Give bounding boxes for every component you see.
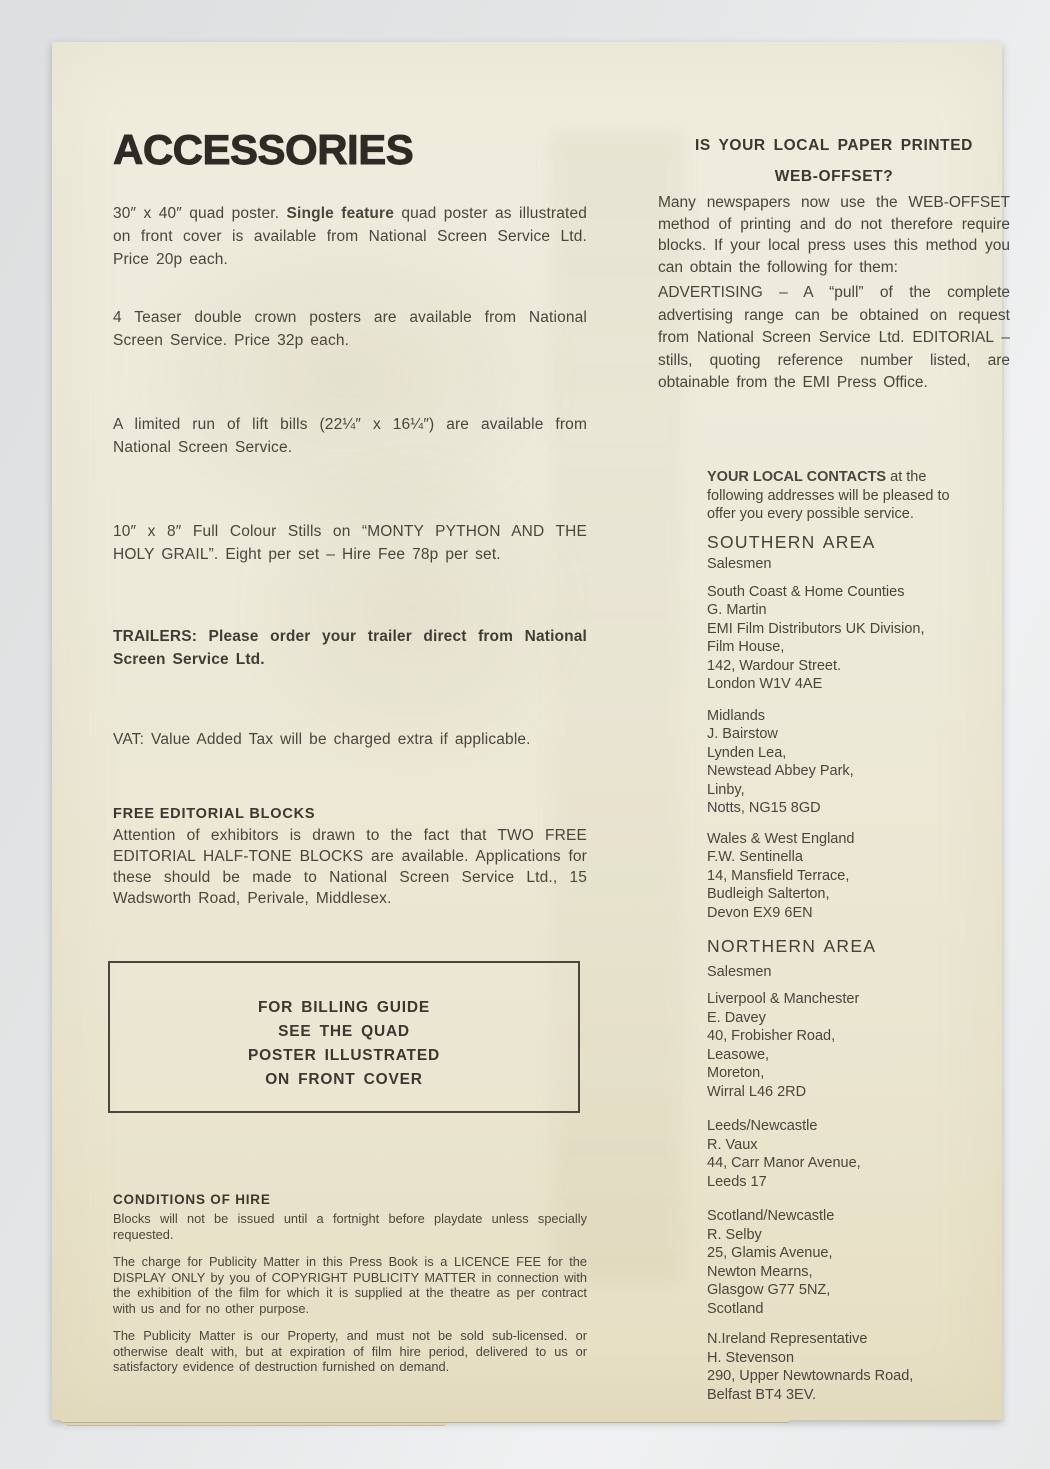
web-offset-heading-line1: IS YOUR LOCAL PAPER PRINTED xyxy=(658,130,1010,161)
contact-line: Notts, NG15 8GD xyxy=(707,799,969,818)
colour-stills-paragraph: 10″ x 8″ Full Colour Stills on “MONTY PY… xyxy=(113,520,587,566)
quad-poster-text-bold: Single feature xyxy=(287,205,394,222)
contact-line: Newstead Abbey Park, xyxy=(707,762,969,781)
contact-line: Midlands xyxy=(707,707,969,726)
teaser-posters-paragraph: 4 Teaser double crown posters are availa… xyxy=(113,306,587,352)
contact-leeds-newcastle: Leeds/Newcastle R. Vaux 44, Carr Manor A… xyxy=(707,1117,969,1191)
web-offset-paragraph-1: Many newspapers now use the WEB-OFFSET m… xyxy=(658,192,1010,278)
contact-line: London W1V 4AE xyxy=(707,675,969,694)
contact-line: Wirral L46 2RD xyxy=(707,1083,969,1102)
web-offset-heading-line2: WEB-OFFSET? xyxy=(658,161,1010,192)
quad-poster-paragraph: 30″ x 40″ quad poster. Single feature qu… xyxy=(113,202,587,271)
vat-paragraph: VAT: Value Added Tax will be charged ext… xyxy=(113,728,587,751)
contact-line: G. Martin xyxy=(707,601,969,620)
free-editorial-blocks-body: Attention of exhibitors is drawn to the … xyxy=(113,825,587,909)
conditions-of-hire-heading: CONDITIONS OF HIRE xyxy=(113,1192,587,1207)
contact-line: Wales & West England xyxy=(707,830,969,849)
contact-line: Glasgow G77 5NZ, xyxy=(707,1281,969,1300)
free-editorial-blocks-heading: FREE EDITORIAL BLOCKS xyxy=(113,806,587,822)
press-book-page: ACCESSORIES 30″ x 40″ quad poster. Singl… xyxy=(52,42,1002,1420)
southern-area-heading: SOUTHERN AREA xyxy=(707,533,969,552)
quad-poster-text-start: 30″ x 40″ quad poster. xyxy=(113,205,287,222)
accessories-title: ACCESSORIES xyxy=(113,126,587,174)
contact-line: 25, Glamis Avenue, xyxy=(707,1244,969,1263)
local-contacts-intro-bold: YOUR LOCAL CONTACTS xyxy=(707,469,886,485)
contact-line: E. Davey xyxy=(707,1009,969,1028)
contact-line: 14, Mansfield Terrace, xyxy=(707,867,969,886)
contact-line: Belfast BT4 3EV. xyxy=(707,1386,969,1405)
contact-line: 142, Wardour Street. xyxy=(707,657,969,676)
contact-line: Budleigh Salterton, xyxy=(707,885,969,904)
billing-guide-box: FOR BILLING GUIDE SEE THE QUAD POSTER IL… xyxy=(108,961,580,1113)
contact-line: Liverpool & Manchester xyxy=(707,990,969,1009)
lift-bills-paragraph: A limited run of lift bills (22¼″ x 16¼″… xyxy=(113,413,587,459)
contact-line: Leeds/Newcastle xyxy=(707,1117,969,1136)
contact-line: EMI Film Distributors UK Division, xyxy=(707,620,969,639)
billing-guide-line: FOR BILLING GUIDE xyxy=(110,996,578,1020)
contact-line: Leasowe, xyxy=(707,1046,969,1065)
contact-n-ireland: N.Ireland Representative H. Stevenson 29… xyxy=(707,1330,969,1404)
northern-area-salesmen-label: Salesmen xyxy=(707,963,969,982)
contact-line: Leeds 17 xyxy=(707,1173,969,1192)
conditions-of-hire-section: CONDITIONS OF HIRE Blocks will not be is… xyxy=(113,1192,587,1375)
billing-guide-line: POSTER ILLUSTRATED xyxy=(110,1044,578,1068)
contact-line: R. Selby xyxy=(707,1226,969,1245)
conditions-paragraph-3: The Publicity Matter is our Property, an… xyxy=(113,1328,587,1375)
contact-midlands: Midlands J. Bairstow Lynden Lea, Newstea… xyxy=(707,707,969,818)
contact-line: Lynden Lea, xyxy=(707,744,969,763)
northern-area-heading: NORTHERN AREA xyxy=(707,937,969,956)
contact-liverpool-manchester: Liverpool & Manchester E. Davey 40, Frob… xyxy=(707,990,969,1101)
contact-line: Newton Mearns, xyxy=(707,1263,969,1282)
billing-guide-line: ON FRONT COVER xyxy=(110,1068,578,1092)
contact-line: Film House, xyxy=(707,638,969,657)
contact-line: H. Stevenson xyxy=(707,1349,969,1368)
paper-stack-edge xyxy=(66,1423,446,1426)
contact-scotland-newcastle: Scotland/Newcastle R. Selby 25, Glamis A… xyxy=(707,1207,969,1318)
contact-wales-west-england: Wales & West England F.W. Sentinella 14,… xyxy=(707,830,969,923)
web-offset-paragraph-2: ADVERTISING – A “pull” of the complete a… xyxy=(658,282,1010,395)
contact-line: N.Ireland Representative xyxy=(707,1330,969,1349)
conditions-paragraph-1: Blocks will not be issued until a fortni… xyxy=(113,1211,587,1242)
contact-line: 290, Upper Newtownards Road, xyxy=(707,1367,969,1386)
local-contacts-intro: YOUR LOCAL CONTACTS at the following add… xyxy=(707,468,969,524)
contact-line: Devon EX9 6EN xyxy=(707,904,969,923)
conditions-paragraph-2: The charge for Publicity Matter in this … xyxy=(113,1254,587,1316)
contact-line: 44, Carr Manor Avenue, xyxy=(707,1154,969,1173)
contact-south-coast: South Coast & Home Counties G. Martin EM… xyxy=(707,583,969,694)
left-column: ACCESSORIES 30″ x 40″ quad poster. Singl… xyxy=(113,42,587,1420)
contact-line: South Coast & Home Counties xyxy=(707,583,969,602)
billing-guide-line: SEE THE QUAD xyxy=(110,1020,578,1044)
contact-line: R. Vaux xyxy=(707,1136,969,1155)
trailers-paragraph: TRAILERS: Please order your trailer dire… xyxy=(113,625,587,671)
contact-line: Scotland xyxy=(707,1300,969,1319)
free-editorial-blocks-section: FREE EDITORIAL BLOCKS Attention of exhib… xyxy=(113,806,587,909)
southern-area-salesmen-label: Salesmen xyxy=(707,555,969,574)
contact-line: J. Bairstow xyxy=(707,725,969,744)
contact-line: Moreton, xyxy=(707,1064,969,1083)
local-contacts-section: YOUR LOCAL CONTACTS at the following add… xyxy=(707,468,969,1404)
scanned-press-book-photo: { "left_column": { "title": "ACCESSORIES… xyxy=(0,0,1050,1469)
web-offset-heading: IS YOUR LOCAL PAPER PRINTED WEB-OFFSET? xyxy=(658,130,1010,192)
contact-line: Scotland/Newcastle xyxy=(707,1207,969,1226)
contact-line: 40, Frobisher Road, xyxy=(707,1027,969,1046)
right-column: IS YOUR LOCAL PAPER PRINTED WEB-OFFSET? … xyxy=(658,42,1010,1420)
contact-line: F.W. Sentinella xyxy=(707,848,969,867)
contact-line: Linby, xyxy=(707,781,969,800)
